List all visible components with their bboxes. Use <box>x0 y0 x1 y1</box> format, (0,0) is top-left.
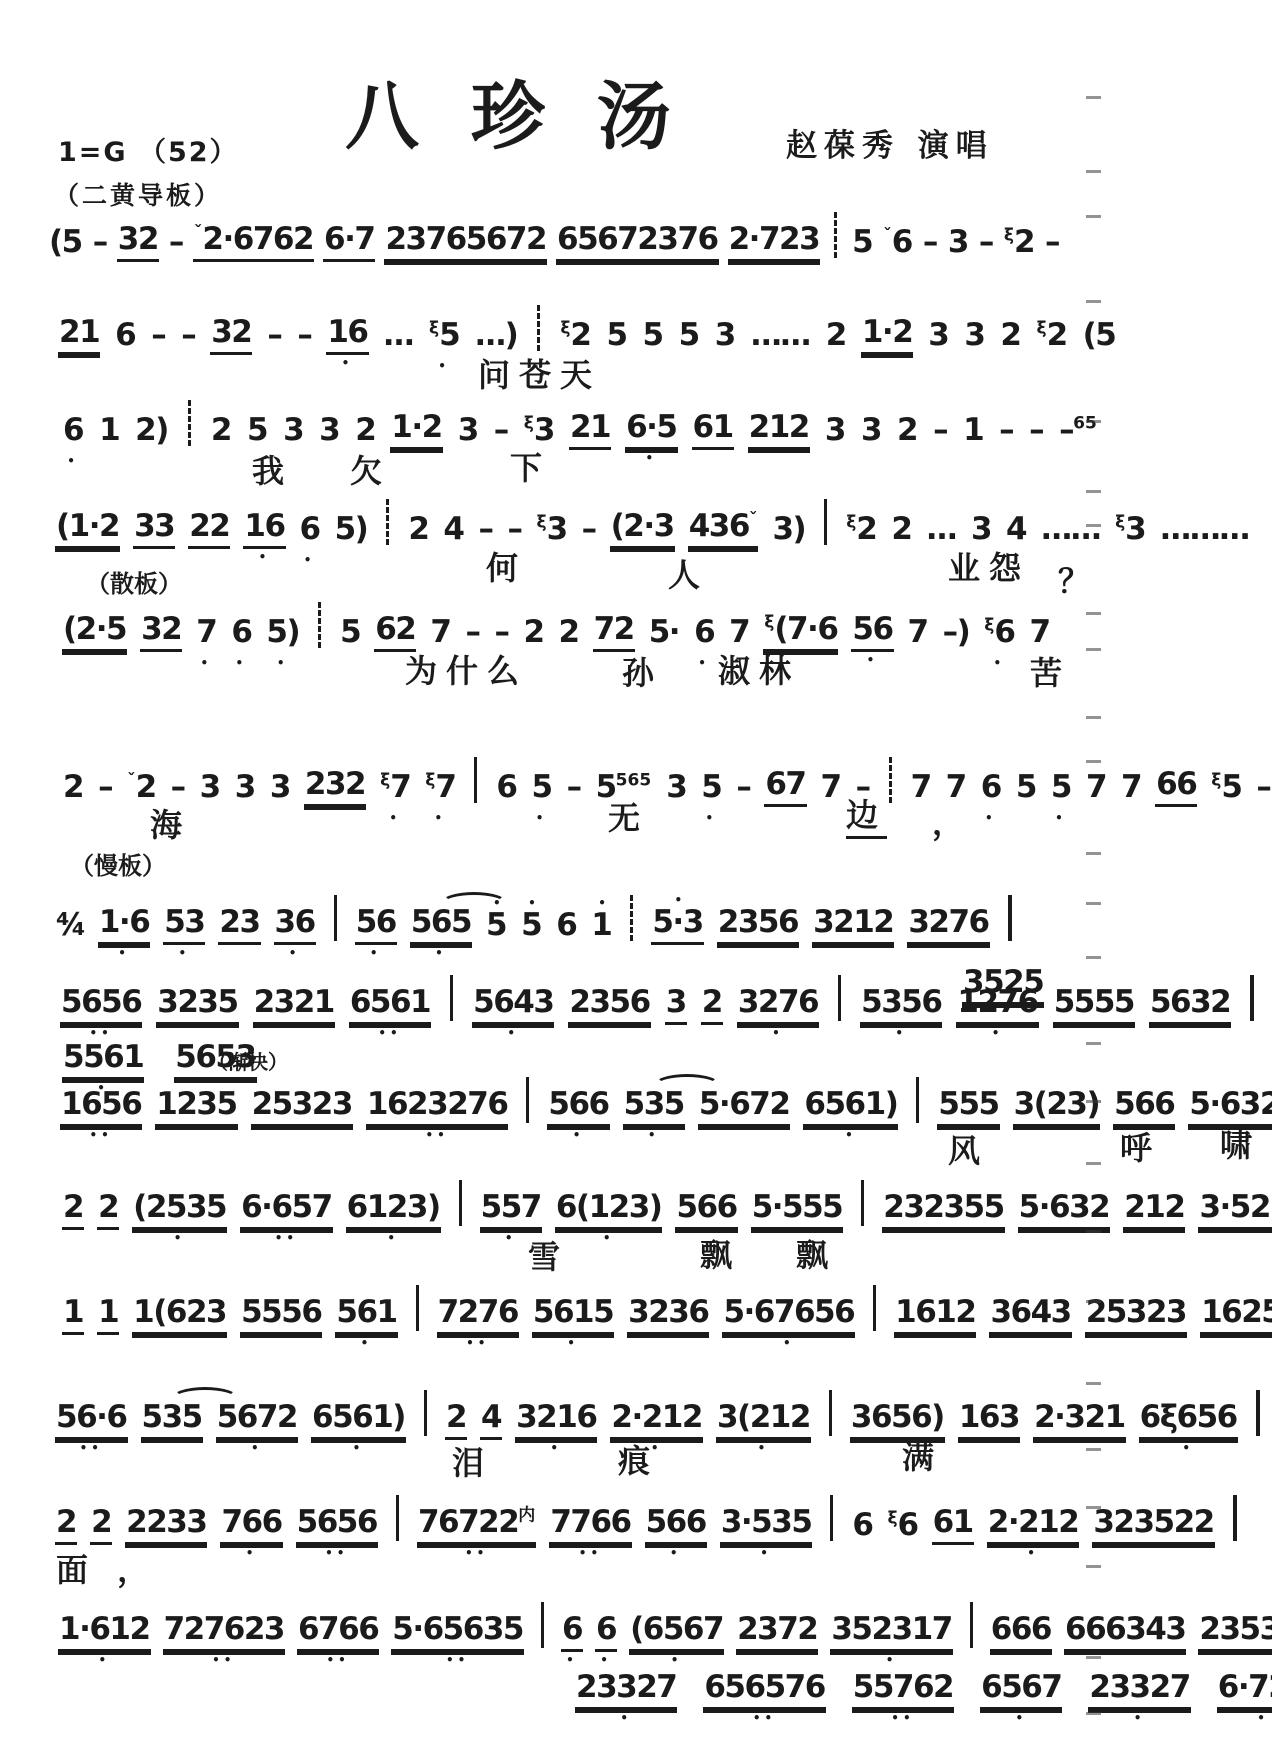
note-group: 3 <box>234 772 256 807</box>
note-group: ξ6• <box>983 617 1015 652</box>
note-group: 3 <box>860 415 882 450</box>
scan-margin-mark <box>1086 1300 1101 1303</box>
note-group: 7 <box>1085 772 1107 807</box>
note-group: 2 <box>90 1507 112 1545</box>
note-group: 3 <box>665 987 687 1025</box>
low-octave-dots: •• <box>55 1442 128 1454</box>
note-group: ˇ6 <box>882 227 913 262</box>
note-group: 6• <box>299 514 321 549</box>
lyric: 苦 <box>1030 648 1071 694</box>
music-line-12: 22(2535•6·657••6123)•557•6(123)•5665·555… <box>62 1176 1272 1230</box>
note-group: 436ˇ <box>688 511 759 549</box>
low-octave-dots: • <box>851 654 893 666</box>
note-group: 6·5• <box>625 412 677 450</box>
note-group: 32 <box>140 614 182 652</box>
note-group: 3643 <box>989 1297 1071 1335</box>
scan-margin-mark <box>1086 420 1101 423</box>
note-group: 566 <box>675 1192 737 1230</box>
note-group: 61 <box>932 1507 974 1545</box>
low-octave-dots: • <box>980 1712 1062 1724</box>
note-group: 557• <box>480 1192 542 1230</box>
note-group: 5643• <box>472 987 554 1025</box>
note-group: 2356 <box>717 907 799 945</box>
lyric: 啸 <box>1220 1120 1261 1166</box>
scan-margin-mark <box>1086 300 1101 303</box>
note-group: 555 <box>937 1089 999 1127</box>
barline <box>474 757 477 803</box>
note-group: 2356 <box>568 987 650 1025</box>
ornament-mark: ξ <box>846 513 856 533</box>
note-group: ξ7• <box>379 772 411 807</box>
note-group: 5)• <box>265 617 300 652</box>
note-group: 6 <box>851 1510 873 1545</box>
note-group: 56• <box>851 614 893 652</box>
note-group: 1656•• <box>60 1089 142 1127</box>
note-group: 16• <box>326 317 368 355</box>
note-group: 3 <box>927 320 949 355</box>
low-octave-dots: • <box>1139 1442 1238 1454</box>
note-group: 1612 <box>894 1297 976 1335</box>
note-group: 3235 <box>156 987 238 1025</box>
note-group: 1235 <box>155 1089 237 1127</box>
note-group: 3 <box>282 415 304 450</box>
note-group: 1276• <box>956 987 1038 1025</box>
lyric: 人 <box>668 550 709 596</box>
note-group: 2353217 <box>1198 1614 1272 1652</box>
barline <box>1233 1495 1237 1541</box>
note-group: 2·212• <box>987 1507 1080 1545</box>
note-group: 2 <box>62 1192 84 1230</box>
low-octave-dots: • <box>410 947 472 959</box>
note-group: (2535• <box>132 1192 227 1230</box>
score-title: 八珍汤 <box>345 58 723 164</box>
low-octave-dots: • <box>737 1027 819 1039</box>
low-octave-dots: • <box>693 657 715 669</box>
low-octave-dots: • <box>195 657 217 669</box>
note-group: 5·65635•• <box>391 1614 524 1652</box>
low-octave-dots: • <box>987 1547 1080 1559</box>
note-group: 1 <box>97 1297 119 1335</box>
note-group: ξ2 <box>1036 320 1068 355</box>
low-octave-dots: • <box>62 455 84 467</box>
note-group: 2372 <box>736 1614 818 1652</box>
barline <box>1250 975 1254 1021</box>
note-group: 5 <box>339 617 361 652</box>
low-octave-dots: • <box>1217 1712 1272 1724</box>
lyric: 孙 <box>622 648 663 694</box>
scan-margin-mark <box>1086 1100 1101 1103</box>
note-group: 3 <box>269 772 291 807</box>
lyric: 雪 <box>528 1232 569 1278</box>
note-group: 2 <box>62 772 84 807</box>
lyric: 无 <box>608 793 649 839</box>
note-group: 561• <box>335 1297 397 1335</box>
note-group: 5• <box>520 910 542 945</box>
low-octave-dots: • <box>625 452 677 464</box>
note-group: 232 <box>304 769 366 807</box>
ornament-mark: ξ <box>764 613 774 633</box>
note-group: 212 <box>748 412 810 450</box>
scan-margin-mark <box>1086 902 1101 905</box>
scan-margin-mark <box>1086 1042 1101 1045</box>
note-group: 2·723 <box>728 224 821 262</box>
low-octave-dots: • <box>1088 1712 1190 1724</box>
low-octave-dots: • <box>1050 812 1072 824</box>
note-group: ξ6 <box>886 1510 918 1545</box>
ornament-mark: ξ <box>1115 513 1125 533</box>
note-group: 5• <box>485 910 507 945</box>
low-octave-dots: • <box>265 657 300 669</box>
note-group: 566• <box>645 1507 707 1545</box>
lyric: 飘 <box>796 1230 837 1276</box>
note-group: 6123)• <box>346 1192 441 1230</box>
scan-margin-mark <box>1086 956 1101 959</box>
note-group: 2 <box>558 617 580 652</box>
note-group: – <box>493 415 509 450</box>
low-octave-dots: • <box>575 1712 677 1724</box>
note-group: ξ3 <box>1114 514 1146 549</box>
note-group: 5656•• <box>296 1507 378 1545</box>
low-octave-dots: • <box>311 1442 406 1454</box>
note-group: 23327• <box>1088 1672 1190 1710</box>
barline <box>916 1077 919 1123</box>
note-group: 5 <box>678 320 700 355</box>
note-group: 5615• <box>532 1297 614 1335</box>
lyric: ， <box>932 798 973 844</box>
scan-margin-mark <box>1086 1448 1101 1451</box>
note-group: 5·672 <box>698 1089 791 1127</box>
barline <box>630 895 633 941</box>
note-group: 5 <box>1015 772 1037 807</box>
note-group: – <box>1044 227 1060 262</box>
note-group: 7 <box>907 617 929 652</box>
barline <box>838 975 841 1021</box>
note-group: – <box>566 772 582 807</box>
note-group: 5• <box>700 772 722 807</box>
note-group: 5• <box>530 772 552 807</box>
low-octave-dots: • <box>274 947 316 959</box>
note-group: 6 <box>555 910 577 945</box>
music-line-5: (2·5327•6•5)•5627––22725·6•7ξ(7·656•7–)ξ… <box>62 598 1051 652</box>
barline <box>526 1077 529 1123</box>
lyric: 满 <box>902 1432 943 1478</box>
high-octave-dots: • <box>590 897 612 909</box>
low-octave-dots: • <box>428 360 460 372</box>
note-group: ξ5• <box>428 320 460 355</box>
note-group: 7 <box>820 772 842 807</box>
note-group: 232355 <box>882 1192 1004 1230</box>
note-group: 5• <box>1050 772 1072 807</box>
low-octave-dots: • <box>956 1027 1038 1039</box>
ornament-mark: ξ <box>887 1509 897 1529</box>
note-group: – <box>168 227 184 262</box>
note-group: 7 <box>1120 772 1142 807</box>
note-group: 5· <box>648 617 680 652</box>
note-group: 61 <box>692 412 734 450</box>
note-group: ……… <box>1159 514 1250 549</box>
note-group: 2 <box>55 1507 77 1545</box>
note-group: 5632 <box>1149 987 1231 1025</box>
low-octave-dots: • <box>355 947 397 959</box>
note-group: 3216• <box>515 1402 597 1440</box>
note-group: (6567• <box>629 1614 724 1652</box>
note-group: 21 <box>58 317 100 355</box>
low-octave-dots: • <box>379 812 411 824</box>
note-group: 1 <box>962 415 984 450</box>
lyric: 飘 <box>700 1230 741 1276</box>
note-group: 2 <box>407 514 429 549</box>
note-group: 2 <box>97 1192 119 1230</box>
ornament-mark: ξ <box>1004 226 1014 246</box>
ornament-mark: ξ <box>425 771 435 791</box>
note-group: 1 <box>98 415 120 450</box>
note-group: 5672• <box>216 1402 298 1440</box>
note-group: 5656•• <box>60 987 142 1025</box>
high-octave-dots: • <box>520 897 542 909</box>
tempo-label: （散板） <box>86 564 182 599</box>
low-octave-dots: •• <box>549 1547 631 1559</box>
scan-margin-mark <box>1086 1382 1101 1385</box>
note-group: 76722内•• <box>417 1507 536 1545</box>
note-group: – <box>581 514 597 549</box>
note-group: 16253276• <box>1200 1297 1272 1335</box>
scan-margin-mark <box>1086 716 1101 719</box>
lyric: 边 <box>846 790 887 839</box>
barline <box>970 1602 973 1648</box>
note-group: 2 <box>890 514 912 549</box>
low-octave-dots: • <box>983 657 1015 669</box>
barline <box>829 1390 832 1436</box>
low-octave-dots: •• <box>366 1129 509 1141</box>
note-group: 2233 <box>125 1507 207 1545</box>
scan-margin-mark <box>1086 524 1101 527</box>
low-octave-dots: • <box>230 657 252 669</box>
low-octave-dots: • <box>346 1232 441 1244</box>
music-line-2: 216––32––16•…ξ5•…)ξ25553……21·2332ξ2(5 <box>58 301 1116 355</box>
note-group: 1623276•• <box>366 1089 509 1127</box>
note-group: …… <box>750 320 811 355</box>
note-group: 55762•• <box>852 1672 954 1710</box>
note-group: – <box>978 227 994 262</box>
music-line-15: 222233766•5656••76722内••7766••566•3·535•… <box>55 1491 1242 1545</box>
barline <box>424 1390 427 1436</box>
note-group: – <box>97 772 113 807</box>
note-group: 2 <box>701 987 723 1025</box>
low-octave-dots: • <box>326 357 368 369</box>
note-group: 4 <box>442 514 464 549</box>
ornament-mark: ˇ <box>749 510 758 530</box>
note-group: 352317• <box>830 1614 952 1652</box>
low-octave-dots: • <box>472 1027 554 1039</box>
low-octave-dots: • <box>700 812 722 824</box>
ornament-mark: ξ <box>524 414 534 434</box>
low-octave-dots: • <box>555 1232 663 1244</box>
barline <box>1256 1390 1260 1436</box>
barline <box>188 400 191 446</box>
note-group: 6• <box>230 617 252 652</box>
note-group: 4 <box>480 1402 502 1440</box>
scan-margin-mark <box>1086 1712 1101 1715</box>
barline <box>861 1180 864 1226</box>
note-group: 566 <box>1113 1089 1175 1127</box>
low-octave-dots: • <box>980 812 1002 824</box>
score-page: 1=G （52） 八珍汤 赵葆秀 演唱 （二黄导板） (5–32–ˇ2·6762… <box>0 0 1272 1743</box>
low-octave-dots: • <box>803 1129 898 1141</box>
note-group: 2·212• <box>610 1402 703 1440</box>
note-group: 2 <box>210 415 232 450</box>
scan-margin-mark <box>1086 648 1101 651</box>
low-octave-dots: •• <box>296 1547 378 1559</box>
note-group: 1 <box>62 1297 84 1335</box>
low-octave-dots: • <box>299 554 321 566</box>
low-octave-dots: • <box>424 812 456 824</box>
music-line-1: (5–32–ˇ2·67626·723765672656723762·7235ˇ6… <box>48 208 1060 262</box>
note-group: – <box>296 320 312 355</box>
key-signature: 1=G （52） <box>58 130 239 169</box>
note-group: 6567• <box>980 1672 1062 1710</box>
tempo-label: （渐快） <box>208 1046 288 1075</box>
high-octave-dots: • <box>651 894 703 906</box>
note-group: – <box>735 772 751 807</box>
low-octave-dots: •• <box>297 1654 379 1666</box>
music-line-4: (1·2332216•6•5)24––ξ3–(2·3436ˇ3)ξ22…34……… <box>55 495 1250 549</box>
low-octave-dots: • <box>243 551 285 563</box>
note-group: 3276• <box>737 987 819 1025</box>
note-group: 3) <box>771 514 806 549</box>
note-group: 5 <box>246 415 268 450</box>
low-octave-dots: • <box>530 812 552 824</box>
note-group: 6ξ656• <box>1139 1402 1238 1440</box>
note-group: 5 <box>851 227 873 262</box>
high-octave-dots: • <box>485 897 507 909</box>
low-octave-dots: • <box>58 1654 151 1666</box>
note-group: –) <box>942 617 971 652</box>
note-group: 32 <box>117 224 159 262</box>
note-group: 565• <box>410 907 472 945</box>
lyric: 何 <box>486 543 527 589</box>
low-octave-dots: •• <box>60 1129 142 1141</box>
note-group: 656576•• <box>703 1672 825 1710</box>
scan-margin-mark <box>1086 490 1101 493</box>
note-group: 666343 <box>1064 1614 1186 1652</box>
note-group: 7766•• <box>549 1507 631 1545</box>
note-group: 323522 <box>1092 1507 1214 1545</box>
barline <box>830 1495 833 1541</box>
note-group: 5·3• <box>651 907 703 945</box>
note-group: 2 <box>445 1402 467 1440</box>
note-group: 1·612• <box>58 1614 151 1652</box>
note-group: 25323 <box>251 1089 353 1127</box>
note-group: 535• <box>623 1089 685 1127</box>
note-group: 1·2 <box>390 412 442 450</box>
note-group: 766• <box>220 1507 282 1545</box>
note-group: ξ3 <box>536 514 568 549</box>
note-group: 5356• <box>860 987 942 1025</box>
note-group: 66 <box>1155 769 1197 807</box>
scan-margin-mark <box>1086 215 1101 218</box>
barline <box>873 1285 876 1331</box>
note-group: 666 <box>990 1614 1052 1652</box>
note-group: – <box>266 320 282 355</box>
note-group: 67 <box>764 769 806 807</box>
low-octave-dots: • <box>163 947 205 959</box>
low-octave-dots: • <box>623 1129 685 1141</box>
lyric: 问苍天 <box>478 350 601 396</box>
note-group: ⁴⁄₄ <box>55 910 85 945</box>
note-group: 6 <box>495 772 517 807</box>
note-group: 3 <box>199 772 221 807</box>
barline <box>541 1602 544 1648</box>
lyric: 我 <box>252 446 293 492</box>
note-group: 36• <box>274 907 316 945</box>
low-octave-dots: •• <box>391 1654 524 1666</box>
note-group: 3236 <box>627 1297 709 1335</box>
note-group: 1• <box>590 910 612 945</box>
ornament-mark: 565 <box>616 771 652 791</box>
note-group: – <box>92 227 108 262</box>
low-octave-dots: • <box>532 1337 614 1349</box>
lyric: 海 <box>150 800 191 846</box>
note-group: 65672376 <box>556 224 719 262</box>
barline <box>459 1180 462 1226</box>
ornament-mark: ξ <box>560 319 570 339</box>
low-octave-dots: •• <box>349 1027 431 1039</box>
lyric: ？ <box>1058 556 1099 602</box>
low-octave-dots: •• <box>163 1654 285 1666</box>
barline <box>450 975 453 1021</box>
note-group: 6561•• <box>349 987 431 1025</box>
note-group: – <box>932 415 948 450</box>
note-group: 3(212• <box>716 1402 811 1440</box>
note-group: (2·5 <box>62 614 127 652</box>
low-octave-dots: •• <box>417 1547 536 1559</box>
note-group: 7276•• <box>437 1297 519 1335</box>
note-group: 3·535• <box>720 1507 813 1545</box>
note-group: 6·657•• <box>240 1192 333 1230</box>
note-group: 6 <box>114 320 136 355</box>
scan-margin-mark <box>1086 760 1101 763</box>
low-octave-dots: • <box>1200 1337 1272 1349</box>
ornament-mark: 内 <box>518 1506 535 1526</box>
scan-margin-mark <box>1086 170 1101 173</box>
note-group: 23 <box>218 907 260 945</box>
note-group: 5·67656• <box>722 1297 855 1335</box>
note-group: 6• <box>595 1614 617 1652</box>
note-group: ξ5 <box>1210 772 1242 807</box>
note-group: ˇ2·6762 <box>193 224 314 262</box>
scan-margin-mark <box>1086 96 1101 99</box>
note-group: – <box>1028 415 1044 450</box>
note-group: – <box>1255 772 1271 807</box>
lyric: 泪 <box>452 1438 493 1484</box>
ornament-mark: ξ <box>1211 771 1221 791</box>
music-line-9: 5656••323523216561••5643•2356323276•5356… <box>60 971 1259 1025</box>
note-group: 3 <box>963 320 985 355</box>
note-group: 23765672 <box>384 224 547 262</box>
low-octave-dots: • <box>720 1547 813 1559</box>
scan-margin-mark <box>1086 1230 1101 1233</box>
note-group: 2 <box>354 415 376 450</box>
note-group: (1·2 <box>55 511 120 549</box>
note-group: 6(123)• <box>555 1192 663 1230</box>
opening-section-label: （二黄导板） <box>54 176 222 212</box>
note-group: 6·7 <box>323 224 375 262</box>
scan-margin-mark <box>1086 1656 1101 1659</box>
tempo-label: （慢板） <box>70 846 166 881</box>
barline <box>416 1285 419 1331</box>
note-group: 5·632 <box>1018 1192 1111 1230</box>
scan-margin-mark <box>1086 612 1101 615</box>
